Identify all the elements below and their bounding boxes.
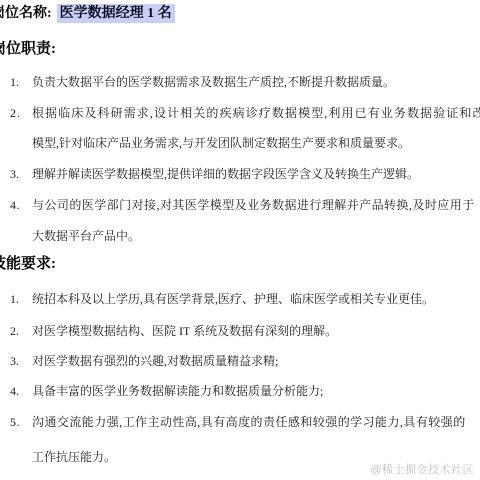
skill-item-1-number: 1.	[10, 290, 19, 308]
skill-item-2-text: 对医学模型数据结构、医院 IT 系统及数据有深刻的理解。	[32, 324, 337, 338]
skill-item-3: 3.对医学数据有强烈的兴趣,对数据质量精益求精;	[32, 352, 278, 370]
duty-item-4-line-2: 大数据平台产品中。	[32, 227, 140, 245]
skill-item-4-number: 4.	[10, 382, 19, 400]
skills-section-heading: 技能要求:	[0, 254, 56, 274]
skill-item-2-number: 2.	[10, 322, 19, 340]
duty-item-3: 3.理解并解读医学数据模型,提供详细的数据字段医学含义及转换生产逻辑。	[32, 165, 419, 183]
duty-item-4-text-line-2: 大数据平台产品中。	[32, 229, 140, 243]
duty-item-1: 1.负责大数据平台的医学数据需求及数据生产质控,不断提升数据质量。	[32, 73, 395, 91]
skill-item-1-text: 统招本科及以上学历,具有医学背景,医疗、护理、临床医学或相关专业更佳。	[32, 292, 434, 306]
skill-item-5-text-line-1: 沟通交流能力强,工作主动性高,具有高度的责任感和较强的学习能力,具有较强的	[32, 415, 466, 429]
duty-item-4-text-line-1: 与公司的医学部门对接,对其医学模型及业务数据进行理解并产品转换,及时应用于	[32, 198, 475, 212]
skill-item-4: 4.具备丰富的医学业务数据解读能力和数据质量分析能力;	[32, 382, 323, 400]
skill-item-5-line-2: 工作抗压能力。	[32, 448, 116, 466]
duty-item-1-number: 1.	[10, 73, 19, 91]
skill-item-2: 2.对医学模型数据结构、医院 IT 系统及数据有深刻的理解。	[32, 322, 337, 340]
duty-item-2-text-line-1: 根据临床及科研需求,设计相关的疾病诊疗数据模型,利用已有业务数据验证和改进	[32, 106, 480, 120]
duty-item-3-text: 理解并解读医学数据模型,提供详细的数据字段医学含义及转换生产逻辑。	[32, 167, 419, 181]
skill-item-3-number: 3.	[10, 352, 19, 370]
duties-section-heading: 岗位职责:	[0, 39, 56, 59]
duty-item-2-line-2: 模型,针对临床产品业务需求,与开发团队制定数据生产要求和质量要求。	[32, 134, 410, 152]
document-page: 岗位名称:医学数据经理 1 名 岗位职责: 1.负责大数据平台的医学数据需求及数…	[0, 0, 480, 480]
skill-item-1: 1.统招本科及以上学历,具有医学背景,医疗、护理、临床医学或相关专业更佳。	[32, 290, 434, 308]
duty-item-4-number: 4.	[10, 196, 20, 214]
duty-item-2-number: 2.	[10, 104, 21, 122]
job-title-line: 岗位名称:医学数据经理 1 名	[0, 4, 175, 24]
duty-item-4-line-1: 4.与公司的医学部门对接,对其医学模型及业务数据进行理解并产品转换,及时应用于	[32, 196, 475, 214]
skill-item-5-line-1: 5.沟通交流能力强,工作主动性高,具有高度的责任感和较强的学习能力,具有较强的	[32, 413, 466, 431]
skill-item-4-text: 具备丰富的医学业务数据解读能力和数据质量分析能力;	[32, 384, 323, 398]
skill-item-5-text-line-2: 工作抗压能力。	[32, 450, 116, 464]
duty-item-2-line-1: 2.根据临床及科研需求,设计相关的疾病诊疗数据模型,利用已有业务数据验证和改进	[32, 104, 480, 122]
skill-item-3-text: 对医学数据有强烈的兴趣,对数据质量精益求精;	[32, 354, 278, 368]
skill-item-5-number: 5.	[10, 413, 20, 431]
duty-item-2-text-line-2: 模型,针对临床产品业务需求,与开发团队制定数据生产要求和质量要求。	[32, 136, 410, 150]
job-title-value-highlighted: 医学数据经理 1 名	[57, 4, 175, 23]
duty-item-1-text: 负责大数据平台的医学数据需求及数据生产质控,不断提升数据质量。	[32, 75, 395, 89]
duty-item-3-number: 3.	[10, 165, 19, 183]
job-title-label: 岗位名称:	[0, 6, 52, 21]
community-watermark: @稀土掘金技术社区	[370, 461, 474, 477]
